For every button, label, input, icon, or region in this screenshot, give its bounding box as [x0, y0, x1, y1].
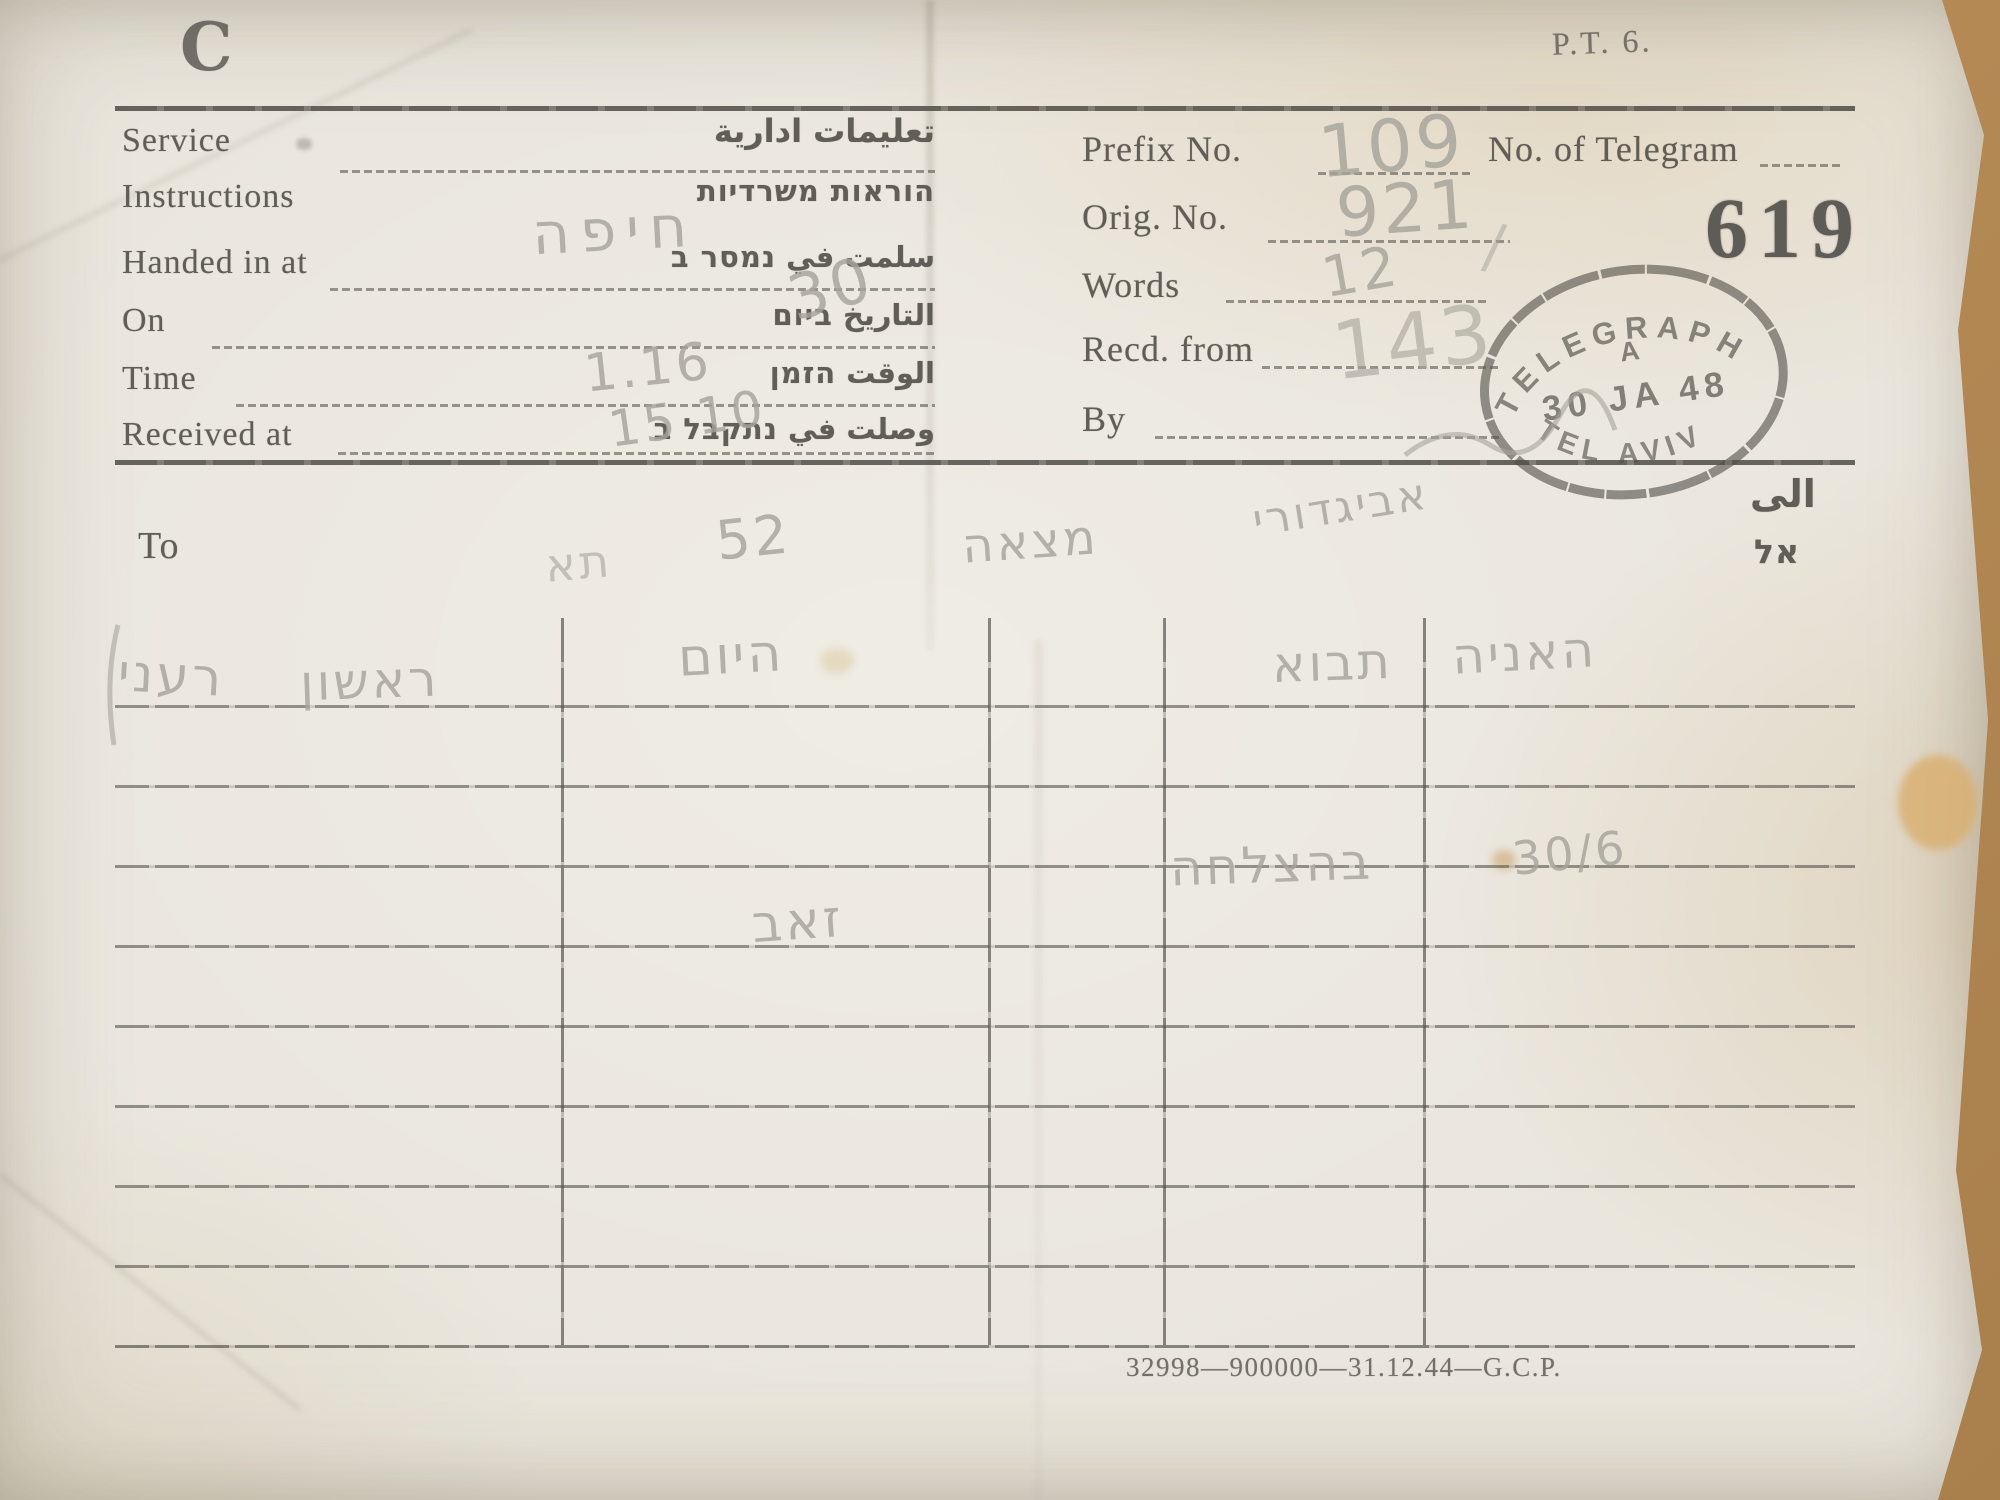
svg-text:A: A	[1618, 335, 1641, 367]
paper-stain	[820, 648, 854, 674]
label-handed-in-at: Handed in at	[122, 244, 308, 282]
time-line	[236, 404, 935, 407]
grid-hline-7	[115, 1185, 1855, 1188]
grid-hline-5	[115, 1025, 1855, 1028]
print-code: 32998—900000—31.12.44—G.C.P.	[1126, 1352, 1562, 1383]
label-received-at: Received at	[122, 416, 293, 454]
telegram-no-line	[1760, 164, 1842, 167]
grid-vline-1	[561, 618, 564, 1345]
label-no-of-telegram: No. of Telegram	[1488, 128, 1739, 170]
grid-vline-3	[1163, 618, 1166, 1345]
service-line	[340, 170, 935, 173]
label-to-arabic: الى	[1750, 472, 1816, 516]
label-to: To	[138, 524, 180, 568]
label-time: Time	[122, 360, 197, 398]
label-service: Service	[122, 122, 231, 160]
grid-hline-2	[115, 785, 1855, 788]
label-orig-no: Orig. No.	[1082, 196, 1228, 238]
pencil-scribble-margin	[100, 620, 130, 750]
label-instructions: Instructions	[122, 178, 295, 216]
label-on: On	[122, 302, 166, 340]
paper-sheet	[0, 0, 2000, 1500]
label-to-hebrew: אל	[1754, 532, 1800, 571]
label-service-hebrew: הוראות משרדיות	[697, 174, 935, 208]
form-code: P.T. 6.	[1551, 22, 1653, 62]
handwriting-handed-in: חיפה	[530, 192, 698, 269]
rule-top	[115, 106, 1855, 111]
grid-hline-4	[115, 945, 1855, 948]
handwriting-msg-word-1: האניה	[1451, 620, 1599, 686]
grid-vline-4	[1423, 618, 1426, 1345]
label-recd-from: Recd. from	[1082, 328, 1254, 370]
paper-stain	[1898, 755, 1978, 850]
handwriting-msg-word-8: זאב	[750, 889, 846, 955]
handwriting-msg-word-2: תבוא	[1271, 632, 1394, 694]
label-service-arabic: تعليمات ادارية	[714, 112, 935, 150]
printer-smudge	[296, 138, 312, 150]
grid-hline-9	[115, 1345, 1855, 1348]
handwriting-msg-word-3: היום	[677, 623, 786, 688]
corner-letter: C	[180, 8, 234, 86]
label-time-rtl: الوقت הזמן	[770, 356, 935, 390]
grid-hline-8	[115, 1265, 1855, 1268]
handwriting-msg-word-4: ראשון	[299, 650, 440, 713]
handwriting-msg-word-5: רעני	[117, 643, 226, 708]
label-words: Words	[1082, 264, 1180, 306]
label-prefix-no: Prefix No.	[1082, 128, 1242, 170]
grid-vline-2	[988, 618, 991, 1345]
telegram-form-scan: C P.T. 6. Service Instructions Handed in…	[0, 0, 2000, 1500]
handwriting-to-abbr: תא	[543, 533, 614, 593]
grid-hline-6	[115, 1105, 1855, 1108]
label-by: By	[1082, 398, 1126, 440]
handwriting-to-word: מצאה	[960, 509, 1100, 574]
handwriting-msg-word-6: בהצלחה	[1169, 832, 1374, 897]
pencil-scribble-by	[1400, 360, 1620, 470]
on-line	[212, 346, 935, 349]
handwriting-to-number: 52	[713, 502, 794, 572]
